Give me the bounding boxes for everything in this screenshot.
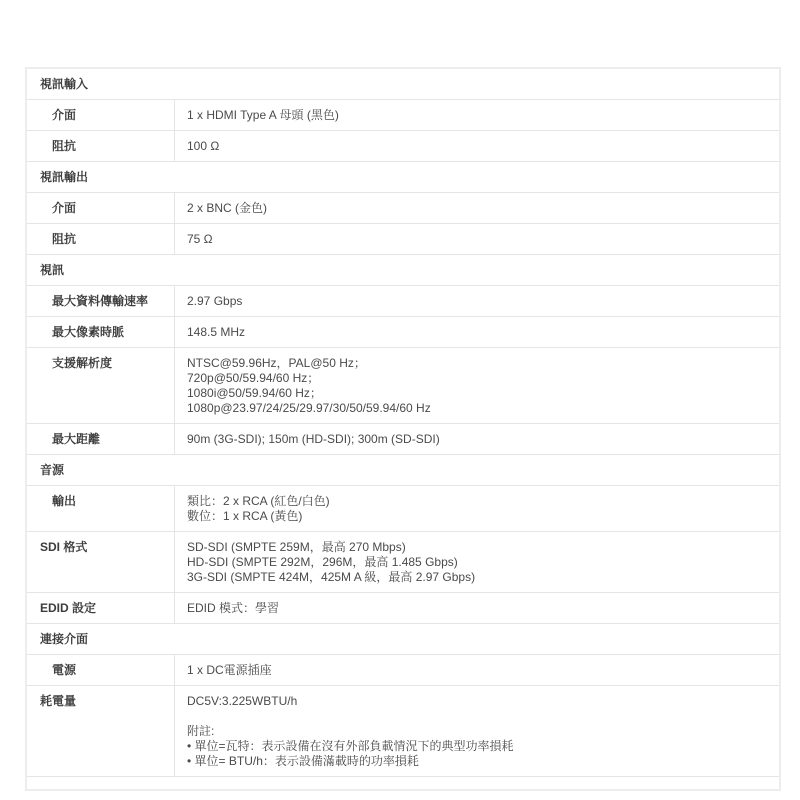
spec-value-line: 148.5 MHz — [187, 325, 769, 340]
spec-label: 最大像素時脈 — [27, 317, 175, 347]
spec-value-line: 數位：1 x RCA (黃色) — [187, 509, 769, 524]
spec-row: 介面2 x BNC (金色) — [27, 193, 779, 224]
spec-row: 輸出類比：2 x RCA (紅色/白色)數位：1 x RCA (黃色) — [27, 486, 779, 532]
spec-row: 阻抗75 Ω — [27, 224, 779, 255]
spec-value: 2 x BNC (金色) — [175, 193, 779, 223]
spec-table: 視訊輸入介面1 x HDMI Type A 母頭 (黑色)阻抗100 Ω視訊輸出… — [25, 67, 781, 791]
spec-row: EDID 設定EDID 模式：學習 — [27, 593, 779, 624]
section-title: 視訊 — [27, 255, 779, 285]
spec-row: 介面1 x HDMI Type A 母頭 (黑色) — [27, 100, 779, 131]
section-title: 視訊輸入 — [27, 69, 779, 99]
spec-value-line: 720p@50/59.94/60 Hz； — [187, 371, 769, 386]
spec-value-line: 1 x HDMI Type A 母頭 (黑色) — [187, 108, 769, 123]
spec-value: 類比：2 x RCA (紅色/白色)數位：1 x RCA (黃色) — [175, 486, 779, 531]
spec-value-line: • 單位= BTU/h：表示設備滿載時的功率損耗 — [187, 754, 769, 769]
spacer-row — [27, 777, 779, 789]
spec-value-line: DC5V:3.225WBTU/h — [187, 694, 769, 709]
spec-value-line: 3G-SDI (SMPTE 424M，425M A 級，最高 2.97 Gbps… — [187, 570, 769, 585]
spec-row: 阻抗100 Ω — [27, 131, 779, 162]
spec-value: SD-SDI (SMPTE 259M，最高 270 Mbps)HD-SDI (S… — [175, 532, 779, 592]
section-title: 音源 — [27, 455, 779, 485]
spec-value-line: SD-SDI (SMPTE 259M，最高 270 Mbps) — [187, 540, 769, 555]
spec-value-line: 100 Ω — [187, 139, 769, 154]
spec-value-line: 90m (3G-SDI); 150m (HD-SDI); 300m (SD-SD… — [187, 432, 769, 447]
spec-value: NTSC@59.96Hz，PAL@50 Hz；720p@50/59.94/60 … — [175, 348, 779, 423]
spec-value-line: 1080i@50/59.94/60 Hz； — [187, 386, 769, 401]
spec-label: 耗電量 — [27, 686, 175, 776]
spec-row: 電源1 x DC電源插座 — [27, 655, 779, 686]
spec-row: 耗電量DC5V:3.225WBTU/h附註:• 單位=瓦特：表示設備在沒有外部負… — [27, 686, 779, 777]
spec-value: 148.5 MHz — [175, 317, 779, 347]
spec-value: 1 x HDMI Type A 母頭 (黑色) — [175, 100, 779, 130]
section-header-row: 視訊輸出 — [27, 162, 779, 193]
spec-value-line: 2 x BNC (金色) — [187, 201, 769, 216]
spec-label: 介面 — [27, 193, 175, 223]
spec-value-line: 75 Ω — [187, 232, 769, 247]
spec-value-line: • 單位=瓦特：表示設備在沒有外部負載情況下的典型功率損耗 — [187, 739, 769, 754]
page: 視訊輸入介面1 x HDMI Type A 母頭 (黑色)阻抗100 Ω視訊輸出… — [0, 0, 800, 800]
spec-value: DC5V:3.225WBTU/h附註:• 單位=瓦特：表示設備在沒有外部負載情況… — [175, 686, 779, 776]
spec-value: 75 Ω — [175, 224, 779, 254]
spec-value-line: EDID 模式：學習 — [187, 601, 769, 616]
spec-value-line: 1 x DC電源插座 — [187, 663, 769, 678]
spec-value: EDID 模式：學習 — [175, 593, 779, 623]
spec-value-line: 附註: — [187, 724, 769, 739]
section-header-row: 連接介面 — [27, 624, 779, 655]
spec-row: 最大距離90m (3G-SDI); 150m (HD-SDI); 300m (S… — [27, 424, 779, 455]
spec-label: EDID 設定 — [27, 593, 175, 623]
spec-label: 最大距離 — [27, 424, 175, 454]
spec-value-line: 1080p@23.97/24/25/29.97/30/50/59.94/60 H… — [187, 401, 769, 416]
spec-label: 電源 — [27, 655, 175, 685]
spec-value-line: HD-SDI (SMPTE 292M，296M，最高 1.485 Gbps) — [187, 555, 769, 570]
spec-row: 支援解析度NTSC@59.96Hz，PAL@50 Hz；720p@50/59.9… — [27, 348, 779, 424]
section-header-row: 音源 — [27, 455, 779, 486]
spec-value: 100 Ω — [175, 131, 779, 161]
section-title: 連接介面 — [27, 624, 779, 654]
spec-label: 輸出 — [27, 486, 175, 531]
spec-value: 1 x DC電源插座 — [175, 655, 779, 685]
spec-label: SDI 格式 — [27, 532, 175, 592]
spec-label: 支援解析度 — [27, 348, 175, 423]
spec-value-line: 2.97 Gbps — [187, 294, 769, 309]
spec-row: 最大像素時脈148.5 MHz — [27, 317, 779, 348]
spec-row: 最大資料傳輸速率2.97 Gbps — [27, 286, 779, 317]
spec-label: 最大資料傳輸速率 — [27, 286, 175, 316]
spec-label: 阻抗 — [27, 131, 175, 161]
spec-label: 阻抗 — [27, 224, 175, 254]
spec-value-line: 類比：2 x RCA (紅色/白色) — [187, 494, 769, 509]
spec-value-line: NTSC@59.96Hz，PAL@50 Hz； — [187, 356, 769, 371]
spec-row: SDI 格式SD-SDI (SMPTE 259M，最高 270 Mbps)HD-… — [27, 532, 779, 593]
section-header-row: 視訊輸入 — [27, 69, 779, 100]
spec-value: 90m (3G-SDI); 150m (HD-SDI); 300m (SD-SD… — [175, 424, 779, 454]
spec-label: 介面 — [27, 100, 175, 130]
section-title: 視訊輸出 — [27, 162, 779, 192]
spec-value: 2.97 Gbps — [175, 286, 779, 316]
spec-value-line — [187, 709, 769, 724]
section-header-row: 視訊 — [27, 255, 779, 286]
